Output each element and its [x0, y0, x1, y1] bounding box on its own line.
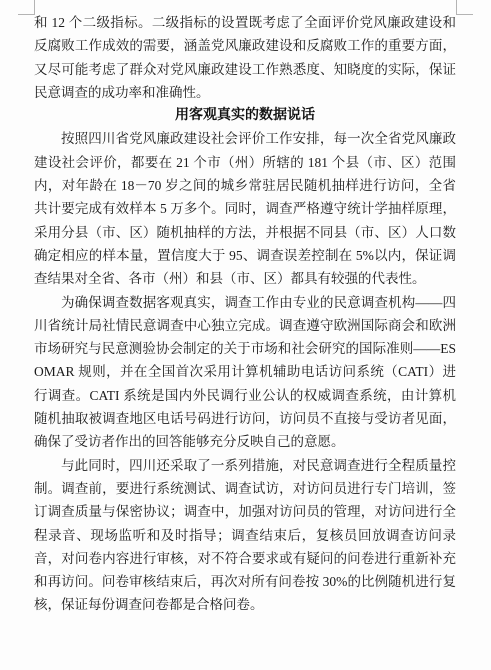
paragraph-continuation: 和 12 个二级指标。二级指标的设置既考虑了全面评价党风廉政建设和反腐败工作成效… [34, 11, 456, 104]
text-boundary-mark-top-right [456, 0, 473, 15]
section-heading: 用客观真实的数据说话 [34, 104, 456, 127]
text-boundary-mark-top-left [18, 0, 35, 15]
paragraph-quality-control: 与此同时，四川还采取了一系列措施，对民意调查进行全程质量控制。调查前，要进行系统… [34, 454, 456, 617]
paragraph-survey-scope: 按照四川省党风廉政建设社会评价工作安排，每一次全省党风廉政建设社会评价，都要在 … [34, 127, 456, 290]
paragraph-survey-agency: 为确保调查数据客观真实，调查工作由专业的民意调查机构——四川省统计局社情民意调查… [34, 291, 456, 454]
page-content: 和 12 个二级指标。二级指标的设置既考虑了全面评价党风廉政建设和反腐败工作成效… [34, 11, 456, 617]
document-page: 和 12 个二级指标。二级指标的设置既考虑了全面评价党风廉政建设和反腐败工作成效… [0, 0, 491, 670]
